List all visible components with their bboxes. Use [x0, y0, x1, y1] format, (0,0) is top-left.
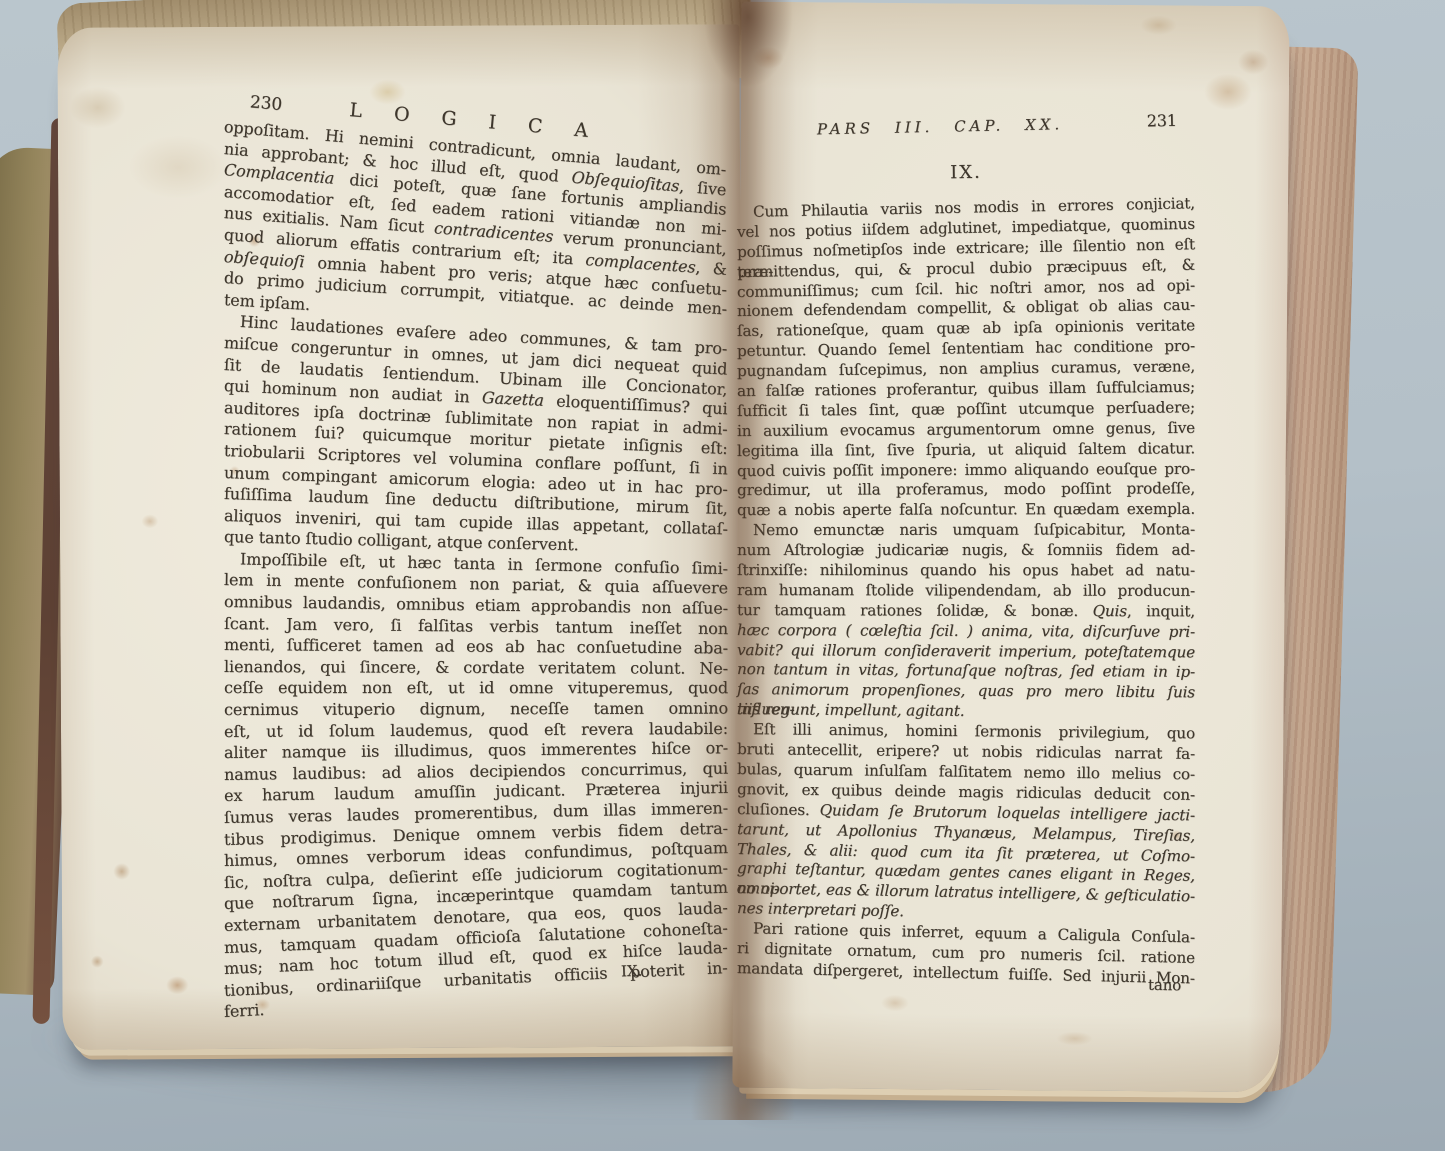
text-line: in auxilium evocamus argumentorum omne g…: [737, 419, 1195, 442]
text-segment: lienandos, qui ſincere, & cordate verita…: [224, 657, 728, 678]
text-segment: ferri.: [224, 1000, 265, 1021]
text-line: num Aſtrologiæ judicariæ nugis, & ſomnii…: [737, 541, 1195, 561]
text-segment: legitima illa ſint, ſive ſpuria, ut aliq…: [737, 439, 1195, 460]
text-line: ram humanam ſtolide vilipendendam, ab il…: [737, 581, 1195, 602]
text-segment: , &: [695, 258, 728, 279]
text-segment: quæ a nobis aperte falſa noſcuntur. En q…: [737, 500, 1195, 519]
text-line: quæ a nobis aperte falſa noſcuntur. En q…: [737, 500, 1195, 521]
text-line: gredimur, ut illa proferamus, modo poſſi…: [737, 480, 1195, 502]
right-page-number: 231: [1147, 111, 1177, 131]
text-segment: Nemo emunctæ naris umquam ſuſpicabitur, …: [753, 521, 1195, 540]
left-page-text: 230 L O G I C A oppoſitam. Hi nemini con…: [224, 88, 728, 1023]
italic-text-segment: Gazetta: [482, 388, 545, 410]
right-page-text: PARS III. CAP. XX. 231 IX. Cum Philautia…: [737, 120, 1195, 979]
italic-text-segment: hæc corpora ( cœleſtia ſcil. ) anima, vi…: [737, 621, 1195, 641]
text-segment: quod cuivis poſſit imponere: immo aliqua…: [737, 459, 1195, 479]
text-line: ſtrinxiſſe: nihilominus quando his opus …: [737, 561, 1195, 581]
italic-text-segment: tiis regunt, impellunt, agitant.: [737, 700, 965, 720]
text-line: quod cuivis poſſit imponere: immo aliqua…: [737, 459, 1195, 481]
text-line: tur tamquam rationes ſolidæ, & bonæ. Qui…: [737, 601, 1195, 622]
italic-text-segment: vabit? qui illorum conſideraverit imperi…: [737, 641, 1195, 661]
text-line: lienandos, qui ſincere, & cordate verita…: [224, 656, 728, 679]
text-segment: cluſiones.: [737, 800, 820, 819]
italic-text-segment: non tantum in vitas, fortunaſque noſtras…: [737, 660, 1195, 681]
text-segment: ſtrinxiſſe: nihilominus quando his opus …: [737, 561, 1195, 579]
text-segment: menti, ſufficeret tamen ad eos ab hac co…: [224, 635, 728, 657]
text-segment: pugnandam ſuſcepimus, non amplius curamu…: [737, 357, 1195, 380]
text-segment: cernimus vituperio dignum, neceſſe tamen…: [224, 699, 728, 720]
text-segment: gredimur, ut illa proferamus, modo poſſi…: [737, 480, 1195, 500]
right-running-title: PARS III. CAP. XX.: [817, 115, 1064, 138]
text-segment: in auxilium evocamus argumentorum omne g…: [737, 419, 1195, 440]
text-segment: Eſt illi animus, homini ſermonis privile…: [753, 720, 1195, 742]
book-photo: 230 L O G I C A oppoſitam. Hi nemini con…: [0, 0, 1445, 1151]
text-segment: tur tamquam rationes ſolidæ, & bonæ.: [737, 601, 1093, 620]
text-line: hæc corpora ( cœleſtia ſcil. ) anima, vi…: [737, 621, 1195, 643]
text-line: cernimus vituperio dignum, neceſſe tamen…: [224, 698, 728, 721]
text-segment: ceſſe equidem non eſt, ut id omne vitupe…: [224, 678, 728, 697]
left-catchword: IX.: [621, 962, 643, 981]
text-line: ceſſe equidem non eſt, ut id omne vitupe…: [224, 677, 728, 699]
text-segment: ram humanam ſtolide vilipendendam, ab il…: [737, 581, 1195, 600]
text-segment: petuntur. Quando ſemel ſententiam hac co…: [737, 337, 1195, 360]
text-segment: , inquit,: [1127, 602, 1195, 620]
text-line: legitima illa ſint, ſive ſpuria, ut aliq…: [737, 439, 1195, 462]
text-segment: an falſæ rationes proferantur, quibus il…: [737, 378, 1195, 400]
right-catchword: tano: [1148, 976, 1181, 995]
right-page-body: Cum Philautia variis nos modis in errore…: [737, 203, 1195, 979]
text-segment: num Aſtrologiæ judicariæ nugis, & ſomnii…: [737, 541, 1195, 559]
section-heading: IX.: [737, 159, 1195, 189]
text-line: Nemo emunctæ naris umquam ſuſpicabitur, …: [737, 521, 1195, 542]
left-page-body: oppoſitam. Hi nemini contradicunt, omnia…: [224, 116, 728, 1023]
italic-text-segment: nes interpretari poſſe.: [737, 899, 904, 920]
text-segment: ſufficit ſi tales ſint, quæ poſſint utcu…: [737, 398, 1195, 420]
italic-text-segment: Quis: [1093, 602, 1127, 620]
text-segment: bruti antecellit, eripere? ut nobis ridi…: [737, 740, 1195, 763]
